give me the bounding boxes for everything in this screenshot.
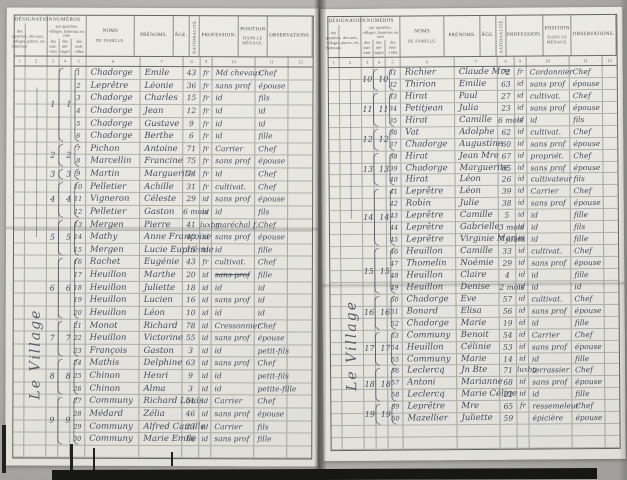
individual-number: 29 bbox=[70, 420, 85, 432]
nationality-value: id bbox=[517, 305, 529, 316]
table-row: 12 Pelletier Gaston 6 mois id id fils bbox=[14, 205, 312, 219]
designation-cell bbox=[329, 92, 340, 103]
household-position-value bbox=[254, 446, 287, 458]
observation-cell bbox=[288, 143, 312, 155]
nationality-value: id bbox=[515, 114, 527, 125]
menage-number-cell bbox=[58, 370, 70, 382]
household-position-value: épouse bbox=[255, 156, 288, 168]
observation-cell bbox=[287, 434, 311, 446]
age-value: 55 bbox=[183, 332, 200, 344]
household-position-value: épouse bbox=[570, 161, 603, 172]
first-name: Alma bbox=[139, 383, 182, 395]
profession-value: sans prof bbox=[529, 377, 572, 388]
household-position-value: fils bbox=[255, 206, 288, 218]
house-number-cell bbox=[363, 271, 375, 282]
house-number-cell bbox=[47, 142, 59, 154]
designation-cell bbox=[24, 407, 46, 419]
observation-cell bbox=[603, 78, 617, 89]
household-position-value: épouse bbox=[570, 78, 603, 89]
first-name: Gustave bbox=[140, 117, 183, 129]
age-label: ÂGE. bbox=[173, 32, 188, 40]
col-menages-label: des mé-nages bbox=[60, 38, 72, 55]
nationality-value bbox=[518, 437, 530, 448]
column-observations: OBSERVATIONS. bbox=[572, 15, 617, 55]
individual-number: 1 bbox=[72, 67, 87, 79]
nationality-value: id bbox=[517, 353, 529, 364]
household-position-value: Chef bbox=[571, 245, 604, 256]
house-number-cell bbox=[47, 357, 59, 369]
family-name: Robin bbox=[402, 198, 456, 209]
first-name: Berthe bbox=[140, 130, 183, 142]
menage-number-cell bbox=[376, 330, 388, 341]
family-name: Petitjean bbox=[401, 103, 455, 114]
profession-value: id bbox=[528, 233, 571, 244]
first-name: Henri bbox=[139, 370, 182, 382]
nationality-value: id bbox=[515, 102, 527, 113]
observation-cell bbox=[287, 421, 311, 433]
family-name: Chinon bbox=[85, 370, 139, 382]
table-row: 26 Chinon Alma 3 id id petite-fille bbox=[13, 382, 311, 396]
profession-value: id bbox=[529, 389, 572, 400]
house-number-cell bbox=[363, 247, 375, 258]
nationality-value: id bbox=[517, 389, 529, 400]
household-position-value: fils bbox=[254, 421, 287, 433]
household-position-value: épouse bbox=[256, 80, 289, 92]
designation-cell bbox=[331, 402, 342, 413]
menage-number-cell bbox=[376, 354, 388, 365]
menage-number-cell bbox=[376, 402, 388, 413]
designation-title: DÉSIGNATION bbox=[15, 15, 47, 23]
first-name: Marguerite bbox=[140, 168, 183, 180]
individual-number: 8 bbox=[71, 155, 86, 167]
nationality-value: fr bbox=[201, 67, 213, 79]
menage-number-cell bbox=[374, 115, 386, 126]
column-observations: OBSERVATIONS. bbox=[268, 16, 313, 56]
profession-value: id bbox=[529, 353, 572, 364]
observation-cell bbox=[605, 352, 619, 363]
profession-value bbox=[530, 436, 573, 447]
column-noms: NOMS DE FAMILLE. bbox=[400, 16, 445, 56]
first-name: Paul bbox=[455, 91, 498, 102]
observation-cell bbox=[606, 436, 620, 447]
nationality-value: id bbox=[200, 269, 212, 281]
column-number: 6 bbox=[401, 57, 455, 66]
observation-cell bbox=[603, 161, 617, 172]
table-row: 6 Chadorge Berthe 6 fr id fille bbox=[14, 130, 312, 144]
menage-number-cell bbox=[59, 357, 71, 369]
nationality-value: id bbox=[517, 341, 529, 352]
first-name: Richard bbox=[140, 319, 183, 331]
column-nationalite: NATIONALITÉ. bbox=[496, 16, 506, 56]
observation-cell bbox=[604, 245, 618, 256]
observation-cell bbox=[603, 137, 617, 148]
designation-cell bbox=[25, 294, 47, 306]
first-name bbox=[458, 425, 501, 436]
household-position-value bbox=[573, 436, 606, 447]
observation-cell bbox=[603, 149, 617, 160]
observation-cell bbox=[605, 400, 619, 411]
house-number-cell bbox=[362, 163, 374, 174]
first-name: Céleste bbox=[140, 193, 183, 205]
first-name bbox=[458, 437, 501, 448]
nationality-value: id bbox=[199, 370, 211, 382]
household-position-value: Chef bbox=[571, 293, 604, 304]
designation-cell bbox=[331, 307, 342, 318]
individual-number bbox=[389, 426, 404, 437]
family-name: Heuillon bbox=[403, 342, 457, 353]
right-page: DÉSIGNATION des quartiers, villages, ham… bbox=[320, 7, 626, 461]
first-name: Eve bbox=[456, 294, 499, 305]
individual-number: 31 bbox=[386, 68, 401, 79]
profession-value: ressemeleur bbox=[529, 400, 572, 411]
individual-number: 26 bbox=[70, 382, 85, 394]
family-name: Hirat bbox=[402, 175, 456, 186]
nationality-value: fr bbox=[200, 92, 212, 104]
nationality-value: fr bbox=[200, 156, 212, 168]
menage-number-cell bbox=[375, 211, 387, 222]
individual-number: 54 bbox=[388, 342, 403, 353]
designation-sub-right: des rues, places, etc. bbox=[26, 24, 48, 56]
house-number-cell bbox=[47, 344, 59, 356]
household-position-value: épouse bbox=[570, 138, 603, 149]
menage-number-cell bbox=[59, 168, 71, 180]
family-name: Heuillon bbox=[86, 294, 140, 306]
individual-number: 34 bbox=[386, 103, 401, 114]
first-name: Jean Mre bbox=[455, 150, 498, 161]
family-name: Thirion bbox=[401, 79, 455, 90]
family-name: Leprêtre bbox=[402, 234, 456, 245]
designation-cell bbox=[14, 142, 25, 154]
age-value: 19 bbox=[500, 317, 517, 328]
observation-cell bbox=[288, 345, 312, 357]
menage-number-cell bbox=[374, 151, 386, 162]
household-position-value: fils bbox=[571, 221, 604, 232]
house-number-cell bbox=[362, 68, 374, 79]
observation-cell bbox=[288, 307, 312, 319]
first-name: Marie bbox=[457, 353, 500, 364]
individual-number: 11 bbox=[71, 193, 86, 205]
table-row: 19 Heuillon Lucien 16 id sans prof id bbox=[14, 294, 312, 308]
column-number: 9 bbox=[201, 57, 213, 66]
age-value: 15 bbox=[183, 244, 200, 256]
nationality-value: id bbox=[199, 433, 211, 445]
profession-value: Carrier bbox=[212, 143, 255, 155]
household-position-value: Chef bbox=[570, 66, 603, 77]
first-name: Virginie Maria bbox=[456, 234, 499, 245]
individual-number: 51 bbox=[388, 306, 403, 317]
designation-sub-left: des quartiers, villages, hameaux bbox=[15, 23, 26, 55]
menage-number-cell bbox=[59, 294, 71, 306]
nationality-value: id bbox=[516, 186, 528, 197]
house-number-cell bbox=[46, 407, 58, 419]
table-row: 5 Chadorge Gustave 9 fr id id bbox=[14, 117, 312, 131]
designation-cell bbox=[341, 223, 363, 234]
nationality-value: id bbox=[515, 138, 527, 149]
house-number-cell bbox=[362, 116, 374, 127]
designation-cell bbox=[329, 164, 340, 175]
first-name: Emilie bbox=[455, 79, 498, 90]
nationality-value: id bbox=[200, 193, 212, 205]
designation-cell bbox=[331, 366, 342, 377]
individual-number: 41 bbox=[387, 187, 402, 198]
designation-cell bbox=[14, 104, 25, 116]
age-value: 59 bbox=[500, 413, 517, 424]
prenoms-label: PRÉNOMS. bbox=[447, 32, 476, 40]
household-position-value: fille bbox=[255, 130, 288, 142]
menage-number-cell bbox=[59, 155, 71, 167]
designation-cell bbox=[14, 193, 25, 205]
designation-cell bbox=[25, 269, 47, 281]
age-value: 38 bbox=[499, 198, 516, 209]
column-number: 4 bbox=[374, 58, 386, 67]
designation-cell bbox=[14, 155, 25, 167]
first-name: Léon bbox=[456, 174, 499, 185]
individual-number: 30 bbox=[70, 433, 85, 445]
first-name: Emile bbox=[141, 67, 184, 79]
column-noms: NOMS DE FAMILLE. bbox=[87, 16, 135, 56]
column-number: 1 bbox=[15, 56, 26, 65]
nationality-value: id bbox=[200, 345, 212, 357]
household-position-value: épouse bbox=[255, 332, 288, 344]
profession-value: propriét. bbox=[527, 150, 570, 161]
observation-cell bbox=[605, 376, 619, 387]
family-name: Chadorge bbox=[86, 105, 140, 117]
individual-number: 43 bbox=[387, 211, 402, 222]
table-row: 9 Martin Marguerite 74 fr id Chef bbox=[14, 167, 312, 181]
individual-number: 19 bbox=[71, 294, 86, 306]
table-row: 29 Communy Alfred Camille 23 id Carrier … bbox=[13, 420, 311, 434]
column-number: 12 bbox=[603, 56, 617, 65]
age-value bbox=[501, 437, 518, 448]
designation-cell bbox=[332, 438, 343, 449]
family-name: Communy bbox=[85, 395, 139, 407]
designation-cell bbox=[341, 247, 363, 258]
scan-edge-shade bbox=[619, 0, 627, 480]
designation-cell bbox=[331, 355, 342, 366]
nationality-value: id bbox=[516, 174, 528, 185]
column-number: 7 bbox=[141, 57, 184, 66]
individual-number: 47 bbox=[387, 259, 402, 270]
family-name: Richier bbox=[401, 67, 455, 78]
first-name: Zélia bbox=[139, 408, 182, 420]
house-number-cell bbox=[47, 319, 59, 331]
observation-cell bbox=[605, 317, 619, 328]
individual-number: 28 bbox=[70, 408, 85, 420]
age-label: ÂGE. bbox=[480, 32, 495, 40]
age-value: 6 mois bbox=[183, 206, 200, 218]
position-sub-label: DANS LE MÉNAGE. bbox=[238, 34, 267, 47]
designation-cell bbox=[330, 211, 341, 222]
family-name: Communy bbox=[85, 433, 139, 445]
designation-cell bbox=[14, 205, 25, 217]
table-row: 15 Mergen Lucie Euphémie 15 id id fille bbox=[14, 243, 312, 257]
house-number-cell bbox=[47, 269, 59, 281]
household-position-value: Chef bbox=[572, 400, 605, 411]
nationality-value: id bbox=[515, 79, 527, 90]
profession-value: id bbox=[212, 307, 255, 319]
table-row: 10 Pelletier Achille 31 fr cultivat. Che… bbox=[14, 180, 312, 194]
nationality-value: id bbox=[516, 234, 528, 245]
first-name bbox=[139, 446, 182, 458]
scan-bottom-edge bbox=[52, 468, 597, 480]
menage-number-cell bbox=[59, 344, 71, 356]
house-number-cell bbox=[362, 151, 374, 162]
profession-value: sans prof bbox=[529, 341, 572, 352]
nationality-value: id bbox=[200, 231, 212, 243]
nationality-value: id bbox=[200, 282, 212, 294]
noms-sub-label: DE FAMILLE. bbox=[407, 37, 438, 44]
household-position-value: Chef bbox=[570, 126, 603, 137]
profession-value: terrassier bbox=[529, 365, 572, 376]
household-position-value: épouse bbox=[572, 376, 605, 387]
profession-value bbox=[529, 424, 572, 435]
menage-number-cell bbox=[59, 269, 71, 281]
house-number-cell bbox=[47, 180, 59, 192]
household-position-value: id bbox=[255, 295, 288, 307]
first-name: Elisa bbox=[457, 306, 500, 317]
profession-value: sans prof bbox=[529, 305, 572, 316]
family-name: Mathy bbox=[86, 231, 140, 243]
designation-cell bbox=[331, 378, 342, 389]
nationality-value: luxbg bbox=[517, 365, 529, 376]
household-position-value: petit-fils bbox=[255, 345, 288, 357]
nationality-value: id bbox=[515, 126, 527, 137]
household-position-value: Chef bbox=[254, 396, 287, 408]
household-position-value: Chef bbox=[572, 329, 605, 340]
column-number: 2 bbox=[340, 58, 362, 67]
household-position-value: Chef bbox=[255, 358, 288, 370]
menage-number-cell bbox=[375, 247, 387, 258]
menage-number-cell bbox=[59, 319, 71, 331]
household-position-value: fille bbox=[571, 233, 604, 244]
nationality-value: id bbox=[516, 222, 528, 233]
age-value: 4 bbox=[499, 270, 516, 281]
nationality-value bbox=[199, 446, 211, 458]
scan-mark bbox=[70, 444, 73, 470]
age-value: 74 bbox=[183, 168, 200, 180]
menage-number-cell bbox=[374, 163, 386, 174]
designation-cell bbox=[14, 180, 25, 192]
observation-cell bbox=[605, 364, 619, 375]
first-name: Alfred Camille bbox=[139, 420, 182, 432]
numeros-subtitle: par quartiers, villages, hameaux ou rues bbox=[48, 24, 86, 39]
house-number-cell bbox=[363, 175, 375, 186]
house-number-cell bbox=[47, 205, 59, 217]
designation-cell bbox=[330, 187, 341, 198]
designation-cell bbox=[26, 67, 48, 79]
household-position-value: Chef bbox=[255, 181, 288, 193]
first-name: Gaston bbox=[140, 206, 183, 218]
household-position-value: Chef bbox=[572, 364, 605, 375]
age-value bbox=[501, 425, 518, 436]
profession-value: sans prof bbox=[212, 358, 255, 370]
individual-number: 57 bbox=[388, 378, 403, 389]
house-number-cell bbox=[364, 342, 376, 353]
menage-number-cell bbox=[375, 199, 387, 210]
individual-number: 55 bbox=[388, 354, 403, 365]
menage-number-cell bbox=[59, 307, 71, 319]
observation-cell bbox=[605, 412, 619, 423]
column-number: 9 bbox=[515, 57, 527, 66]
household-position-value: fille bbox=[255, 269, 288, 281]
designation-cell bbox=[330, 259, 341, 270]
observation-cell bbox=[287, 370, 311, 382]
designation-cell bbox=[341, 271, 363, 282]
family-name: Heuillon bbox=[86, 307, 140, 319]
column-number: 3 bbox=[48, 57, 60, 66]
menage-number-cell bbox=[58, 382, 70, 394]
family-name: Communy bbox=[85, 420, 139, 432]
menage-number-cell bbox=[58, 408, 70, 420]
profession-value: id bbox=[212, 206, 255, 218]
household-position-value: épouse bbox=[254, 408, 287, 420]
observation-cell bbox=[605, 388, 619, 399]
individual-number: 56 bbox=[388, 366, 403, 377]
family-name: Heuillon bbox=[402, 270, 456, 281]
table-row bbox=[13, 445, 311, 459]
nationality-value: id bbox=[200, 206, 212, 218]
position-label: POSITION bbox=[239, 26, 266, 34]
observation-cell bbox=[604, 233, 618, 244]
first-name: Célinie bbox=[457, 341, 500, 352]
individual-number: 22 bbox=[71, 332, 86, 344]
designation-cell bbox=[13, 395, 24, 407]
household-position-value: épouse bbox=[255, 231, 288, 243]
first-name: Lucien bbox=[140, 294, 183, 306]
profession-value: sans prof bbox=[527, 102, 570, 113]
house-number-cell bbox=[48, 79, 60, 91]
menage-number-cell bbox=[376, 306, 388, 317]
profession-label: PROFESSION. bbox=[200, 32, 237, 40]
age-value: 68 bbox=[500, 377, 517, 388]
designation-cell bbox=[342, 390, 364, 401]
age-value: 72 bbox=[498, 67, 515, 78]
first-name: Julie bbox=[456, 198, 499, 209]
observation-cell bbox=[604, 257, 618, 268]
designation-cell bbox=[331, 343, 342, 354]
menage-number-cell bbox=[59, 256, 71, 268]
household-position-value: épouse bbox=[255, 194, 288, 206]
family-name: Leprêtre bbox=[403, 401, 457, 412]
first-name: Léon bbox=[456, 186, 499, 197]
first-name: Gaston bbox=[140, 345, 183, 357]
table-row: 22 Heuillon Victorine 55 id sans prof ép… bbox=[14, 332, 312, 346]
menage-number-cell bbox=[375, 235, 387, 246]
column-number: 11 bbox=[256, 57, 289, 66]
individual-number: 21 bbox=[71, 319, 86, 331]
designation-cell bbox=[14, 243, 25, 255]
family-name: Heuillon bbox=[402, 246, 456, 257]
designation-cell bbox=[14, 344, 25, 356]
house-number-cell bbox=[47, 294, 59, 306]
observation-cell bbox=[605, 328, 619, 339]
designation-cell bbox=[341, 259, 363, 270]
house-number-cell bbox=[364, 318, 376, 329]
first-name: Jn Bte bbox=[457, 365, 500, 376]
column-number: 11 bbox=[570, 56, 603, 65]
census-scan: { "header": { "designation": "DÉSIGNATIO… bbox=[0, 0, 627, 480]
observations-label: OBSERVATIONS. bbox=[572, 31, 616, 40]
profession-value: sans prof bbox=[528, 198, 571, 209]
family-name: Chadorge bbox=[86, 92, 140, 104]
column-prenoms: PRÉNOMS. bbox=[445, 16, 481, 56]
individual-number: 60 bbox=[388, 414, 403, 425]
position-label: POSITION bbox=[544, 25, 571, 33]
individual-number: 18 bbox=[71, 281, 86, 293]
first-name: Jean bbox=[140, 105, 183, 117]
family-name: Monot bbox=[86, 319, 140, 331]
individual-number: 23 bbox=[71, 344, 86, 356]
